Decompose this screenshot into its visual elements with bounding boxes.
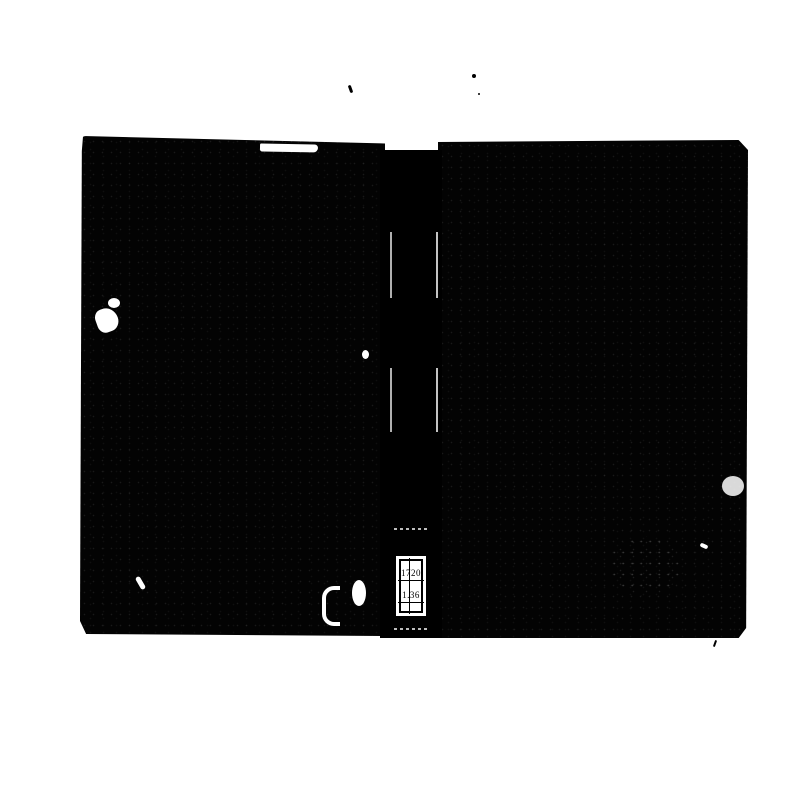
back-cover-spot [362, 350, 369, 359]
background-speck [472, 74, 476, 78]
top-edge-tear [260, 143, 318, 152]
back-cover-c-shaped-mark [322, 586, 340, 626]
shelf-mark-label: 1720 1.36 [396, 556, 426, 616]
spine-ruled-panel-upper [390, 232, 438, 298]
open-book-binding: 1720 1.36 [80, 136, 748, 638]
shelf-mark-line-1: 1720 [398, 569, 424, 581]
book-spine: 1720 1.36 [380, 150, 442, 638]
background-speck [478, 93, 480, 95]
book-scan-scene: 1720 1.36 [0, 0, 800, 800]
spine-band-lower [394, 528, 428, 530]
spine-ruled-panel-middle [390, 368, 438, 432]
back-cover [80, 136, 385, 636]
back-cover-wear-blot-small [108, 298, 120, 308]
back-cover-s-shaped-mark [352, 580, 366, 606]
background-speck [348, 85, 354, 94]
spine-band-tail [394, 628, 428, 630]
background-speck [713, 640, 717, 647]
shelf-mark-line-2: 1.36 [398, 591, 424, 603]
front-cover [438, 140, 748, 638]
front-cover-wear-blot [722, 476, 744, 496]
